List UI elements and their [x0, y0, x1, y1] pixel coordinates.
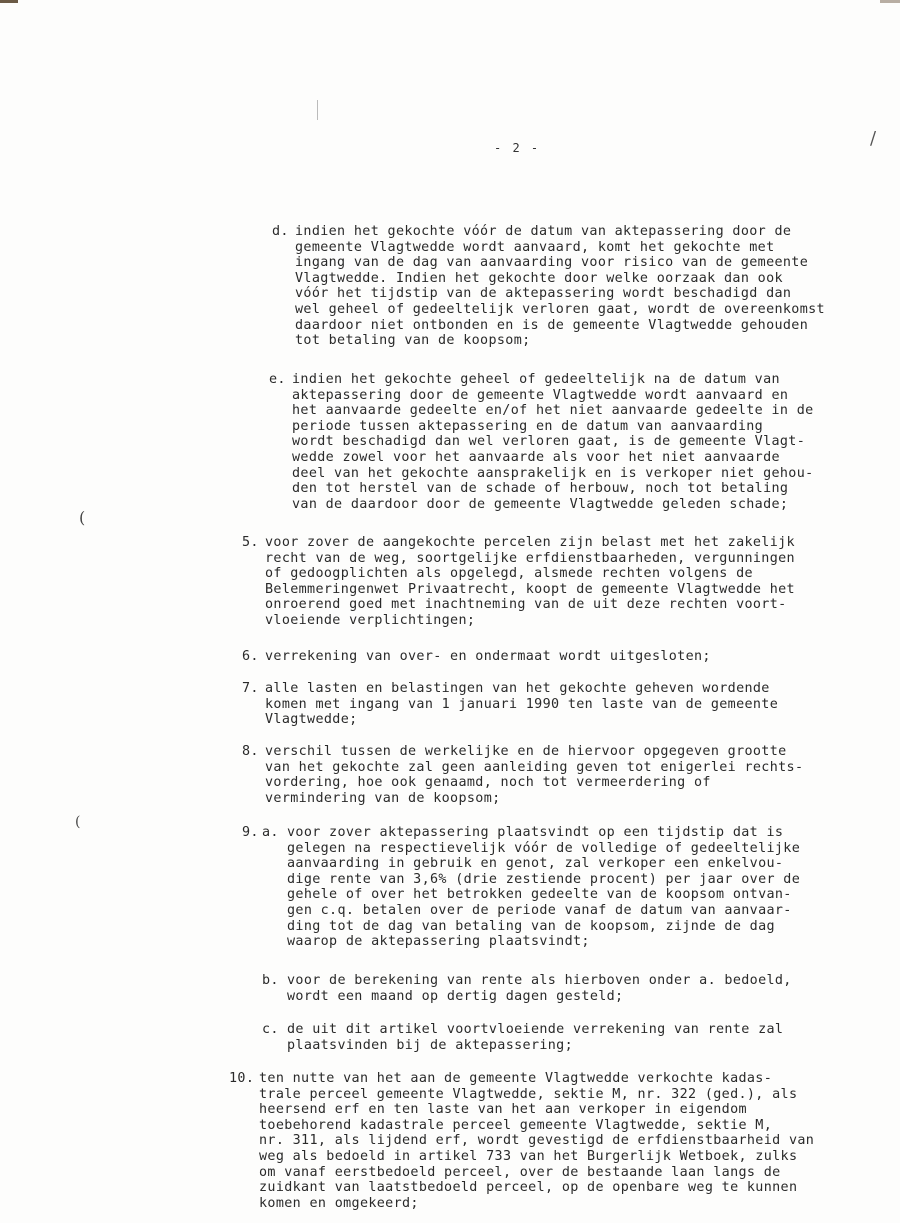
- text-line: vordering, hoe ook genaamd, noch tot ver…: [265, 775, 803, 791]
- text-line: vloeiende verplichtingen;: [265, 613, 795, 629]
- text-line: toebehorend kadastrale perceel gemeente …: [259, 1118, 814, 1134]
- margin-paren-mark: (: [79, 508, 85, 527]
- text-line: van de daardoor door de gemeente Vlagtwe…: [292, 497, 814, 513]
- clause-label: 6.: [242, 649, 259, 665]
- text-line: recht van de weg, soortgelijke erfdienst…: [265, 551, 795, 567]
- page-number: - 2 -: [494, 141, 540, 155]
- clause-7: 7. alle lasten en belastingen van het ge…: [242, 681, 778, 728]
- clause-5: 5. voor zover de aangekochte percelen zi…: [242, 535, 795, 629]
- text-line: ten nutte van het aan de gemeente Vlagtw…: [259, 1071, 814, 1087]
- clause-label: 5.: [242, 535, 259, 551]
- text-line: daardoor niet ontbonden en is de gemeent…: [295, 318, 825, 334]
- text-line: deel van het gekochte aansprakelijk en i…: [292, 466, 814, 482]
- text-line: de uit dit artikel voortvloeiende verrek…: [287, 1022, 783, 1038]
- text-line: periode tussen aktepassering en de datum…: [292, 419, 814, 435]
- text-line: ding tot de dag van betaling van de koop…: [287, 919, 800, 935]
- text-line: trale perceel gemeente Vlagtwedde, sekti…: [259, 1087, 814, 1103]
- clause-label: b.: [262, 973, 279, 989]
- clause-body: alle lasten en belastingen van het gekoc…: [265, 681, 778, 728]
- text-line: verschil tussen de werkelijke en de hier…: [265, 744, 803, 760]
- text-line: wedde zowel voor het aanvaarde als voor …: [292, 450, 814, 466]
- text-line: den tot herstel van de schade of herbouw…: [292, 481, 814, 497]
- text-line: nr. 311, als lijdend erf, wordt gevestig…: [259, 1133, 814, 1149]
- clause-label: d.: [272, 224, 289, 240]
- text-line: plaatsvinden bij de aktepassering;: [287, 1038, 783, 1054]
- text-line: wel geheel of gedeeltelijk verloren gaat…: [295, 302, 825, 318]
- clause-body: verschil tussen de werkelijke en de hier…: [265, 744, 803, 806]
- clause-d: d. indien het gekochte vóór de datum van…: [272, 224, 825, 349]
- text-line: weg als bedoeld in artikel 733 van het B…: [259, 1149, 814, 1165]
- clause-body: indien het gekochte vóór de datum van ak…: [295, 224, 825, 349]
- text-line: Vlagtwedde. Indien het gekochte door wel…: [295, 271, 825, 287]
- clause-label: 9.: [242, 825, 259, 841]
- clause-10: 10. ten nutte van het aan de gemeente Vl…: [229, 1071, 814, 1211]
- text-line: vermindering van de koopsom;: [265, 791, 803, 807]
- text-line: onroerend goed met inachtneming van de u…: [265, 597, 795, 613]
- text-line: of gedoogplichten als opgelegd, alsmede …: [265, 566, 795, 582]
- text-line: komen met ingang van 1 januari 1990 ten …: [265, 697, 778, 713]
- text-line: voor zover de aangekochte percelen zijn …: [265, 535, 795, 551]
- clause-body: verrekening van over- en ondermaat wordt…: [265, 649, 711, 665]
- clause-9a: 9. a. voor zover aktepassering plaatsvin…: [242, 825, 800, 950]
- text-line: voor zover aktepassering plaatsvindt op …: [287, 825, 800, 841]
- clause-9c: c. de uit dit artikel voortvloeiende ver…: [262, 1022, 783, 1053]
- margin-paren-mark: (: [75, 814, 80, 830]
- clause-6: 6. verrekening van over- en ondermaat wo…: [242, 649, 711, 665]
- text-line: gehele of over het betrokken gedeelte va…: [287, 887, 800, 903]
- text-line: Vlagtwedde;: [265, 712, 778, 728]
- clause-e: e. indien het gekochte geheel of gedeelt…: [269, 372, 814, 512]
- text-line: tot betaling van de koopsom;: [295, 333, 825, 349]
- clause-label: 8.: [242, 744, 259, 760]
- scan-edge-mark: [880, 0, 900, 3]
- clause-body: voor zover de aangekochte percelen zijn …: [265, 535, 795, 629]
- clause-label: c.: [262, 1022, 279, 1038]
- text-line: heersend erf en ten laste van het aan ve…: [259, 1102, 814, 1118]
- margin-slash-mark: /: [870, 128, 876, 149]
- text-line: het aanvaarde gedeelte en/of het niet aa…: [292, 403, 814, 419]
- text-line: aktepassering door de gemeente Vlagtwedd…: [292, 388, 814, 404]
- clause-body: ten nutte van het aan de gemeente Vlagtw…: [259, 1071, 814, 1211]
- text-line: waarop de aktepassering plaatsvindt;: [287, 934, 800, 950]
- text-line: dige rente van 3,6% (drie zestiende proc…: [287, 872, 800, 888]
- clause-body: de uit dit artikel voortvloeiende verrek…: [287, 1022, 783, 1053]
- scan-edge-mark: [0, 0, 18, 3]
- text-line: vóór het tijdstip van de aktepassering w…: [295, 286, 825, 302]
- text-line: alle lasten en belastingen van het gekoc…: [265, 681, 778, 697]
- text-line: van het gekochte zal geen aanleiding gev…: [265, 760, 803, 776]
- clause-sublabel: a.: [262, 825, 279, 841]
- clause-label: 7.: [242, 681, 259, 697]
- text-line: wordt beschadigd dan wel verloren gaat, …: [292, 434, 814, 450]
- clause-8: 8. verschil tussen de werkelijke en de h…: [242, 744, 803, 806]
- text-line: gen c.q. betalen over de periode vanaf d…: [287, 903, 800, 919]
- clause-label: 10.: [229, 1071, 254, 1087]
- text-line: aanvaarding in gebruik en genot, zal ver…: [287, 856, 800, 872]
- text-line: komen en omgekeerd;: [259, 1196, 814, 1212]
- clause-9b: b. voor de berekening van rente als hier…: [262, 973, 792, 1004]
- text-line: indien het gekochte geheel of gedeelteli…: [292, 372, 814, 388]
- clause-body: indien het gekochte geheel of gedeelteli…: [292, 372, 814, 512]
- clause-body: voor zover aktepassering plaatsvindt op …: [287, 825, 800, 950]
- text-line: wordt een maand op dertig dagen gesteld;: [287, 989, 792, 1005]
- text-line: verrekening van over- en ondermaat wordt…: [265, 649, 711, 665]
- text-line: ingang van de dag van aanvaarding voor r…: [295, 255, 825, 271]
- text-line: gelegen na respectievelijk vóór de volle…: [287, 841, 800, 857]
- clause-label: e.: [269, 372, 286, 388]
- text-line: indien het gekochte vóór de datum van ak…: [295, 224, 825, 240]
- text-line: voor de berekening van rente als hierbov…: [287, 973, 792, 989]
- clause-body: voor de berekening van rente als hierbov…: [287, 973, 792, 1004]
- text-line: om vanaf eerstbedoeld perceel, over de b…: [259, 1165, 814, 1181]
- text-line: Belemmeringenwet Privaatrecht, koopt de …: [265, 582, 795, 598]
- text-line: gemeente Vlagtwedde wordt aanvaard, komt…: [295, 240, 825, 256]
- document-page: / ( ( - 2 - d. indien het gekochte vóór …: [0, 0, 900, 1223]
- margin-line-mark: [317, 100, 318, 120]
- text-line: zuidkant van laatstbedoeld perceel, op d…: [259, 1180, 814, 1196]
